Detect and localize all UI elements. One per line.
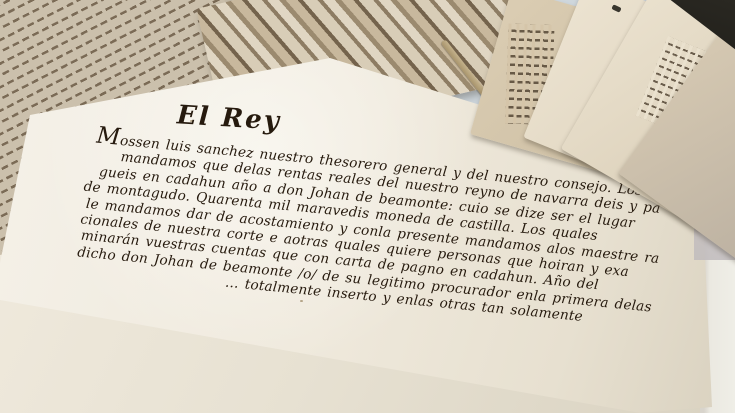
- paper-speck: [300, 300, 303, 302]
- photo-scene: El Rey Mossen luis sanchez nuestro theso…: [0, 0, 735, 413]
- letter-heading: El Rey: [176, 100, 298, 137]
